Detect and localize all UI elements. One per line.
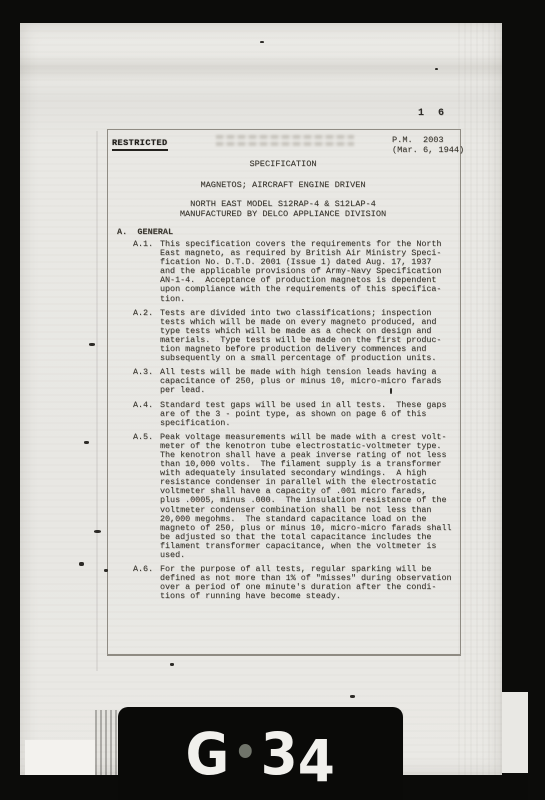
paragraph-label: A.1. xyxy=(133,240,160,304)
dirt-speck xyxy=(84,441,89,444)
document-header: SPECIFICATION MAGNETOS; AIRCRAFT ENGINE … xyxy=(107,159,459,219)
doc-ref-number: P.M. 2003 xyxy=(392,135,444,145)
frame-number-right: 6 xyxy=(438,108,445,119)
bright-film-patch xyxy=(25,740,95,775)
paragraph-label: A.6. xyxy=(133,565,160,601)
paragraph: A.6. For the purpose of all tests, regul… xyxy=(133,565,463,601)
doc-date: (Mar. 6, 1944) xyxy=(392,145,464,155)
page-edge-extension xyxy=(502,692,528,773)
film-right-border xyxy=(528,0,545,800)
paragraph: A.4. Standard test gaps will be used in … xyxy=(133,401,463,428)
paragraph: A.2. Tests are divided into two classifi… xyxy=(133,309,463,364)
dirt-speck xyxy=(89,343,95,346)
paragraph-label: A.3. xyxy=(133,368,160,395)
dirt-speck xyxy=(104,569,108,572)
dirt-speck xyxy=(170,663,174,666)
dirt-speck xyxy=(260,41,264,43)
dirt-speck xyxy=(390,388,392,394)
doc-subject: MAGNETOS; AIRCRAFT ENGINE DRIVEN xyxy=(107,180,459,190)
film-scratches xyxy=(458,23,502,775)
paragraph-text: Peak voltage measurements will be made w… xyxy=(160,433,452,560)
dirt-speck xyxy=(435,68,438,70)
fold-line xyxy=(96,131,98,671)
doc-model-line1: NORTH EAST MODEL S12RAP-4 & S12LAP-4 xyxy=(107,199,459,209)
exposure-band xyxy=(20,55,502,81)
paragraph-text: Tests are divided into two classificatio… xyxy=(160,309,441,364)
edge-hatching-left xyxy=(95,710,119,775)
doc-model-line2: MANUFACTURED BY DELCO APPLIANCE DIVISION xyxy=(107,209,459,219)
plate-dot-icon xyxy=(239,744,252,758)
frame-id-plate: G 34 xyxy=(118,707,403,800)
section-heading: A. GENERAL xyxy=(117,227,173,237)
paragraph-text: Standard test gaps will be used in all t… xyxy=(160,401,446,428)
faded-stamp-smudge xyxy=(216,135,354,151)
microfilm-frame: 16 RESTRICTED P.M. 2003(Mar. 6, 1944) SP… xyxy=(0,0,545,800)
plate-letter: G xyxy=(186,720,230,788)
frame-numbers: 16 xyxy=(418,108,458,119)
paragraph: A.3. All tests will be made with high te… xyxy=(133,368,463,395)
paragraph: A.1. This specification covers the requi… xyxy=(133,240,463,304)
paragraph-list: A.1. This specification covers the requi… xyxy=(133,240,463,606)
frame-number-left: 1 xyxy=(418,108,425,119)
paragraph-label: A.4. xyxy=(133,401,160,428)
scanned-page: 16 RESTRICTED P.M. 2003(Mar. 6, 1944) SP… xyxy=(20,23,502,775)
paragraph-text: For the purpose of all tests, regular sp… xyxy=(160,565,452,601)
doc-title: SPECIFICATION xyxy=(107,159,459,169)
film-left-border xyxy=(0,0,20,800)
film-right-border-inner xyxy=(502,0,528,692)
classification-stamp: RESTRICTED xyxy=(112,138,168,151)
dirt-speck xyxy=(350,695,355,698)
paragraph-label: A.5. xyxy=(133,433,160,560)
plate-number: 34 xyxy=(261,720,335,788)
paragraph-text: All tests will be made with high tension… xyxy=(160,368,441,395)
film-top-border xyxy=(0,0,545,23)
dirt-speck xyxy=(94,530,101,533)
paragraph-text: This specification covers the requiremen… xyxy=(160,240,441,304)
reference-block: P.M. 2003(Mar. 6, 1944) xyxy=(392,135,464,155)
paragraph-label: A.2. xyxy=(133,309,160,364)
paragraph: A.5. Peak voltage measurements will be m… xyxy=(133,433,463,560)
dirt-speck xyxy=(79,562,84,566)
